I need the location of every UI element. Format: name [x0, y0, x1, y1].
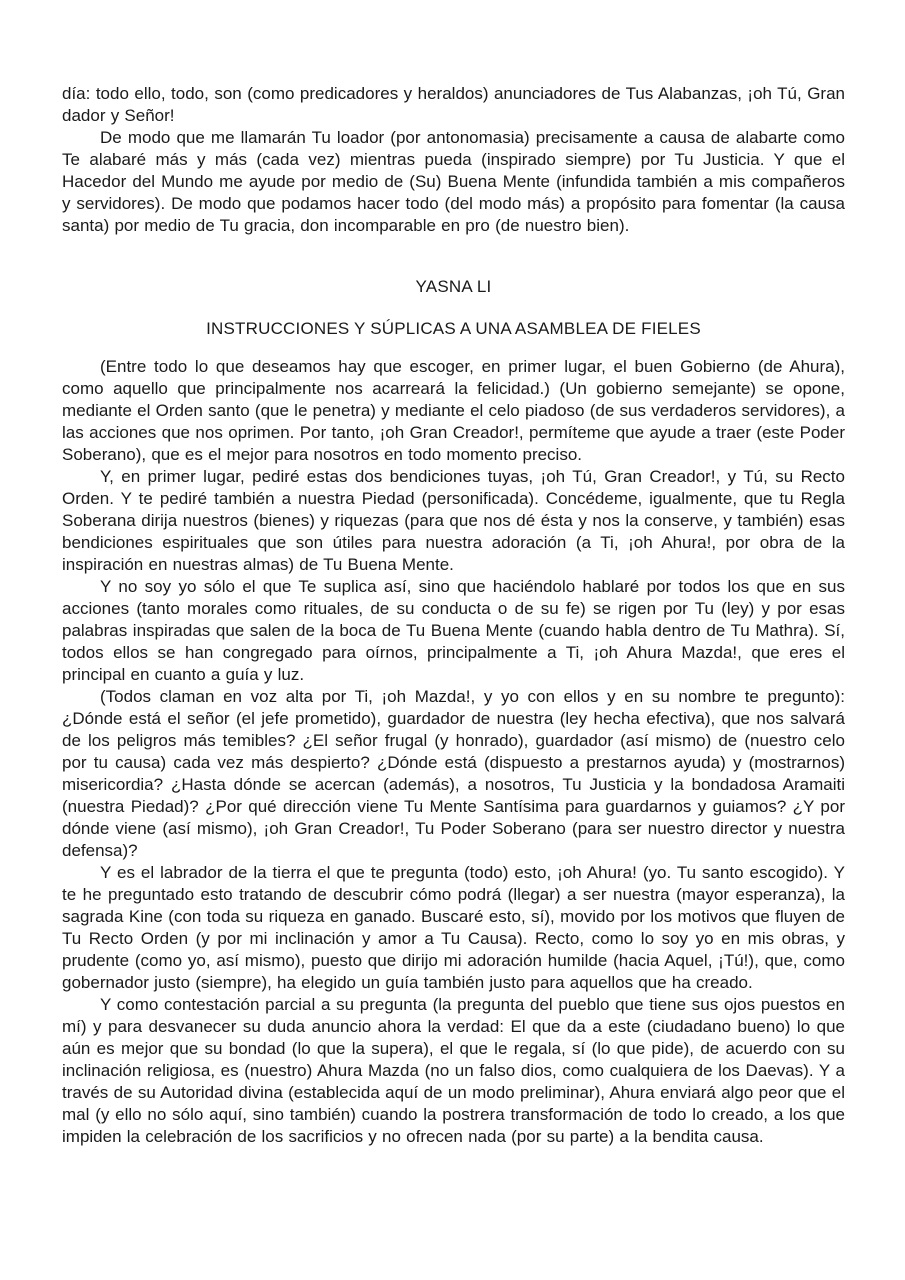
- body-paragraph: (Todos claman en voz alta por Ti, ¡oh Ma…: [62, 686, 845, 862]
- opening-paragraph: De modo que me llamarán Tu loador (por a…: [62, 127, 845, 237]
- body-paragraph: Y no soy yo sólo el que Te suplica así, …: [62, 576, 845, 686]
- body-paragraph: (Entre todo lo que deseamos hay que esco…: [62, 356, 845, 466]
- body-paragraph: Y es el labrador de la tierra el que te …: [62, 862, 845, 994]
- body-paragraph: Y, en primer lugar, pediré estas dos ben…: [62, 466, 845, 576]
- section-title: YASNA LI: [62, 276, 845, 298]
- continuation-paragraph: día: todo ello, todo, son (como predicad…: [62, 83, 845, 127]
- document-page: día: todo ello, todo, son (como predicad…: [0, 0, 905, 1280]
- body-paragraph: Y como contestación parcial a su pregunt…: [62, 994, 845, 1148]
- section-subtitle: INSTRUCCIONES Y SÚPLICAS A UNA ASAMBLEA …: [62, 318, 845, 340]
